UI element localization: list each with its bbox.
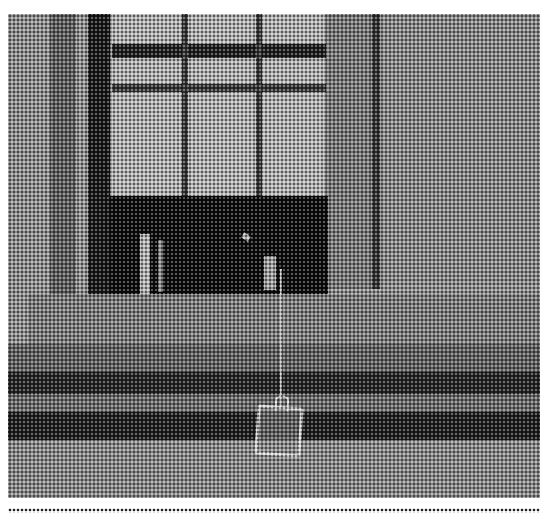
print-edge [8,508,540,513]
window-pane [188,58,256,84]
window-frame-right [326,14,374,289]
window-sill [28,294,540,344]
window-pane [188,14,256,44]
halftone-photograph [8,14,540,498]
window-pane [188,92,256,196]
hanging-string [280,269,282,409]
bottle [140,234,150,294]
wall-right-section [380,14,540,284]
jar [264,256,276,290]
hanging-basket [254,404,303,457]
window-pane [112,92,182,196]
window-pane [262,92,324,196]
window-pane [262,58,324,84]
window-sash-rail [112,44,326,58]
window-frame-right-shadow [372,14,380,289]
window-muntin [182,14,188,196]
window-frame-left [50,14,76,299]
window-pane [112,58,182,84]
bottle [158,240,163,292]
window-frame-left-shadow [88,14,110,299]
window-muntin [112,84,326,92]
window-pane [262,14,324,44]
window-muntin [256,14,262,196]
ledge-shadow [8,372,540,394]
window-pane [112,14,182,44]
